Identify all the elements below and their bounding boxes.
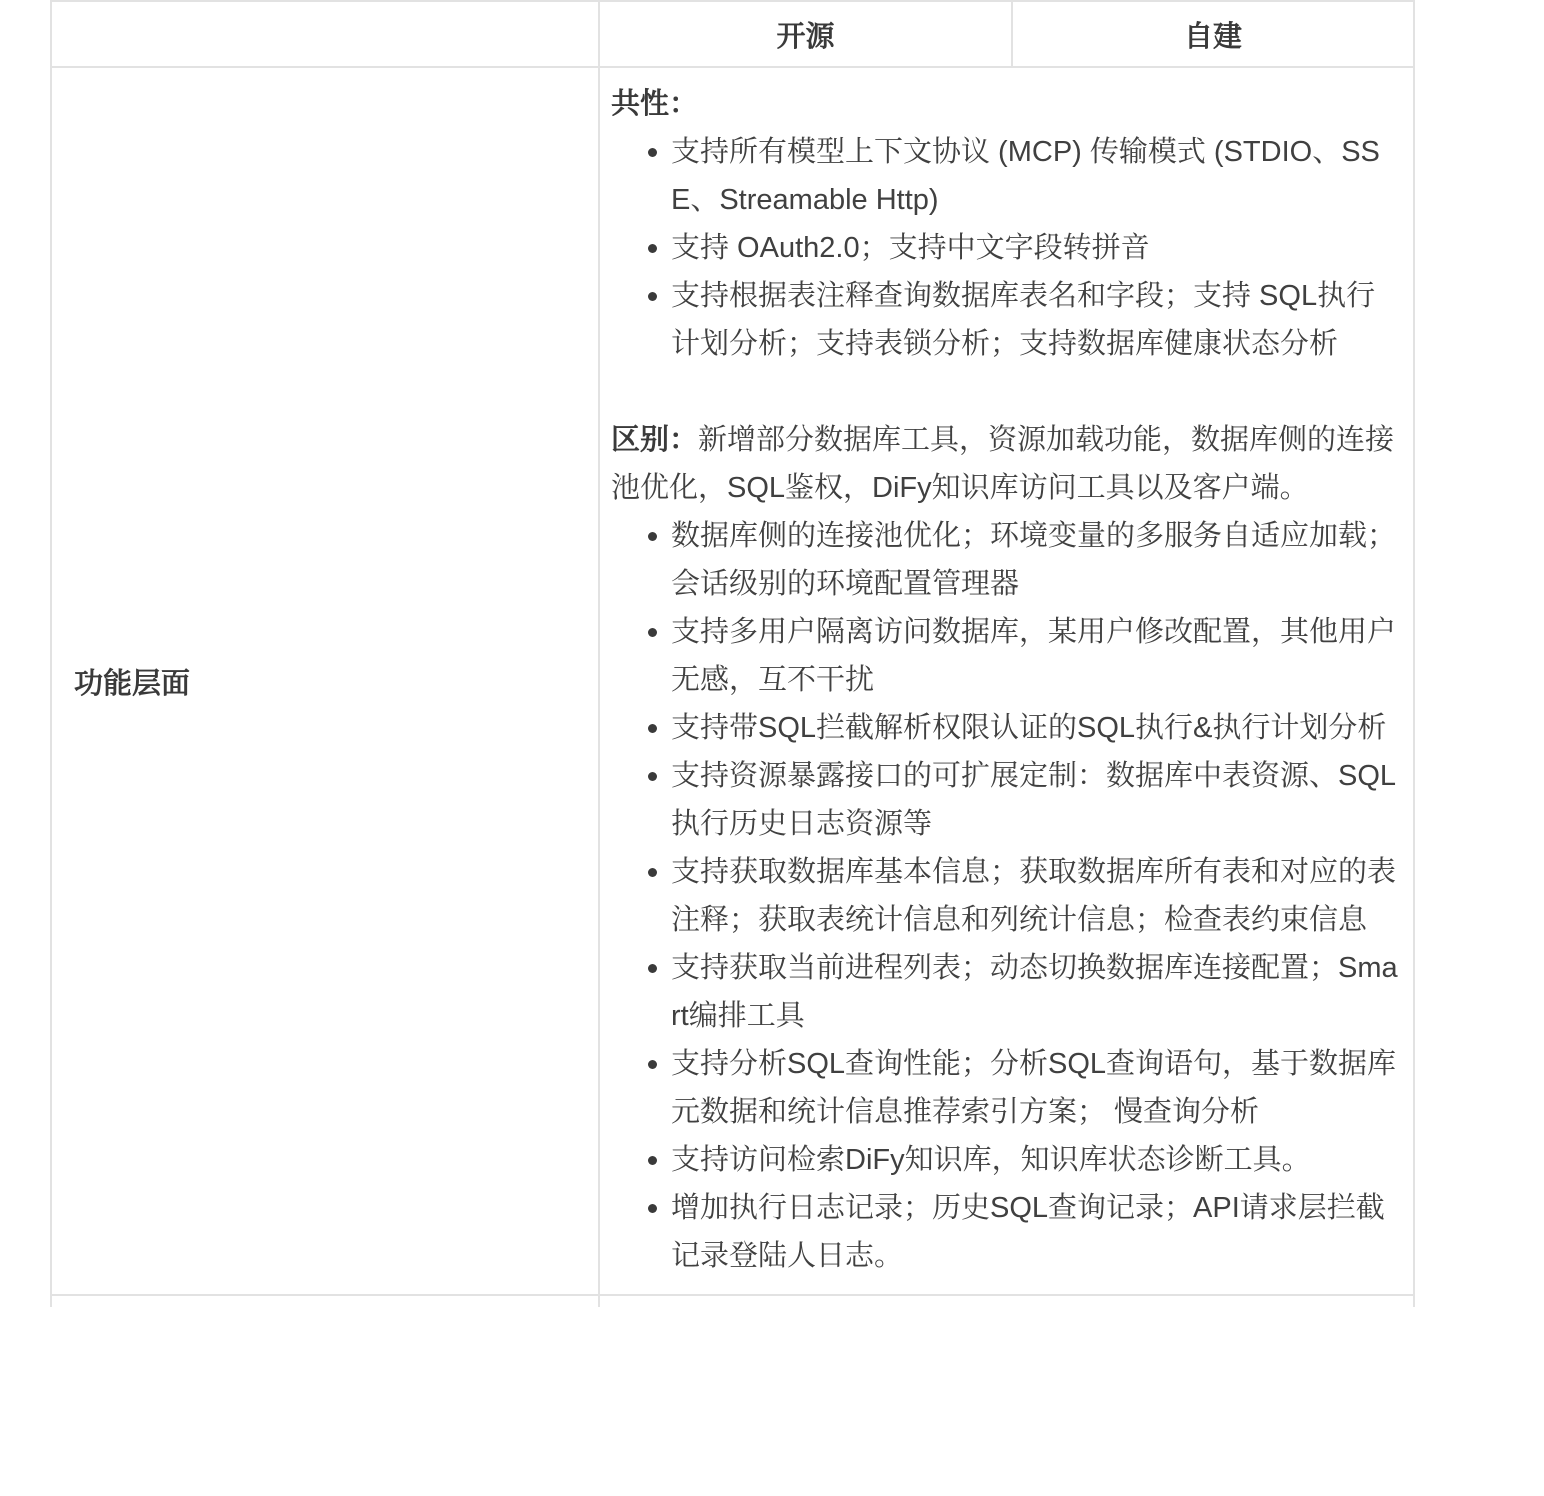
- row-label-features: 功能层面: [51, 67, 599, 1295]
- list-item: 增加执行日志记录；历史SQL查询记录；API请求层拦截记录登陆人日志。: [611, 1184, 1401, 1280]
- list-item: 支持根据表注释查询数据库表名和字段；支持 SQL执行计划分析；支持表锁分析；支持…: [611, 272, 1401, 368]
- header-cell-opensource: 开源: [599, 1, 1012, 67]
- list-item: 数据库侧的连接池优化；环境变量的多服务自适应加载；会话级别的环境配置管理器: [611, 512, 1401, 608]
- list-item: 支持所有模型上下文协议 (MCP) 传输模式 (STDIO、SSE、Stream…: [611, 128, 1401, 224]
- row-content-features: 共性： 支持所有模型上下文协议 (MCP) 传输模式 (STDIO、SSE、St…: [599, 67, 1414, 1295]
- diff-section-paragraph: 区别：新增部分数据库工具，资源加载功能，数据库侧的连接池优化，SQL鉴权，DiF…: [611, 416, 1401, 512]
- list-item: 支持获取数据库基本信息；获取数据库所有表和对应的表注释；获取表统计信息和列统计信…: [611, 848, 1401, 944]
- list-item: 支持多用户隔离访问数据库，某用户修改配置，其他用户无感，互不干扰: [611, 608, 1401, 704]
- diff-section-intro: 新增部分数据库工具，资源加载功能，数据库侧的连接池优化，SQL鉴权，DiFy知识…: [611, 424, 1394, 504]
- header-cell-empty: [51, 1, 599, 67]
- next-row-content-cell: [599, 1295, 1414, 1307]
- comparison-table: 开源 自建 功能层面 共性： 支持所有模型上下文协议 (MCP) 传输模式 (S…: [50, 0, 1415, 1307]
- common-items-list: 支持所有模型上下文协议 (MCP) 传输模式 (STDIO、SSE、Stream…: [611, 128, 1401, 368]
- table-row-features: 功能层面 共性： 支持所有模型上下文协议 (MCP) 传输模式 (STDIO、S…: [51, 67, 1414, 1295]
- paragraph-spacer: [611, 368, 1401, 416]
- list-item: 支持分析SQL查询性能；分析SQL查询语句，基于数据库元数据和统计信息推荐索引方…: [611, 1040, 1401, 1136]
- list-item: 支持带SQL拦截解析权限认证的SQL执行&执行计划分析: [611, 704, 1401, 752]
- header-cell-selfbuilt: 自建: [1012, 1, 1414, 67]
- diff-items-list: 数据库侧的连接池优化；环境变量的多服务自适应加载；会话级别的环境配置管理器支持多…: [611, 512, 1401, 1280]
- next-row-partial: [51, 1295, 1414, 1307]
- header-row: 开源 自建: [51, 1, 1414, 67]
- common-section-title: 共性：: [611, 80, 1401, 128]
- next-row-label-cell: [51, 1295, 599, 1307]
- list-item: 支持访问检索DiFy知识库，知识库状态诊断工具。: [611, 1136, 1401, 1184]
- document-page: 开源 自建 功能层面 共性： 支持所有模型上下文协议 (MCP) 传输模式 (S…: [0, 0, 1544, 1307]
- list-item: 支持获取当前进程列表；动态切换数据库连接配置；Smart编排工具: [611, 944, 1401, 1040]
- diff-section-title: 区别：: [611, 424, 698, 456]
- table-body: 功能层面 共性： 支持所有模型上下文协议 (MCP) 传输模式 (STDIO、S…: [51, 67, 1414, 1307]
- table-header: 开源 自建: [51, 1, 1414, 67]
- list-item: 支持资源暴露接口的可扩展定制：数据库中表资源、SQL执行历史日志资源等: [611, 752, 1401, 848]
- list-item: 支持 OAuth2.0；支持中文字段转拼音: [611, 224, 1401, 272]
